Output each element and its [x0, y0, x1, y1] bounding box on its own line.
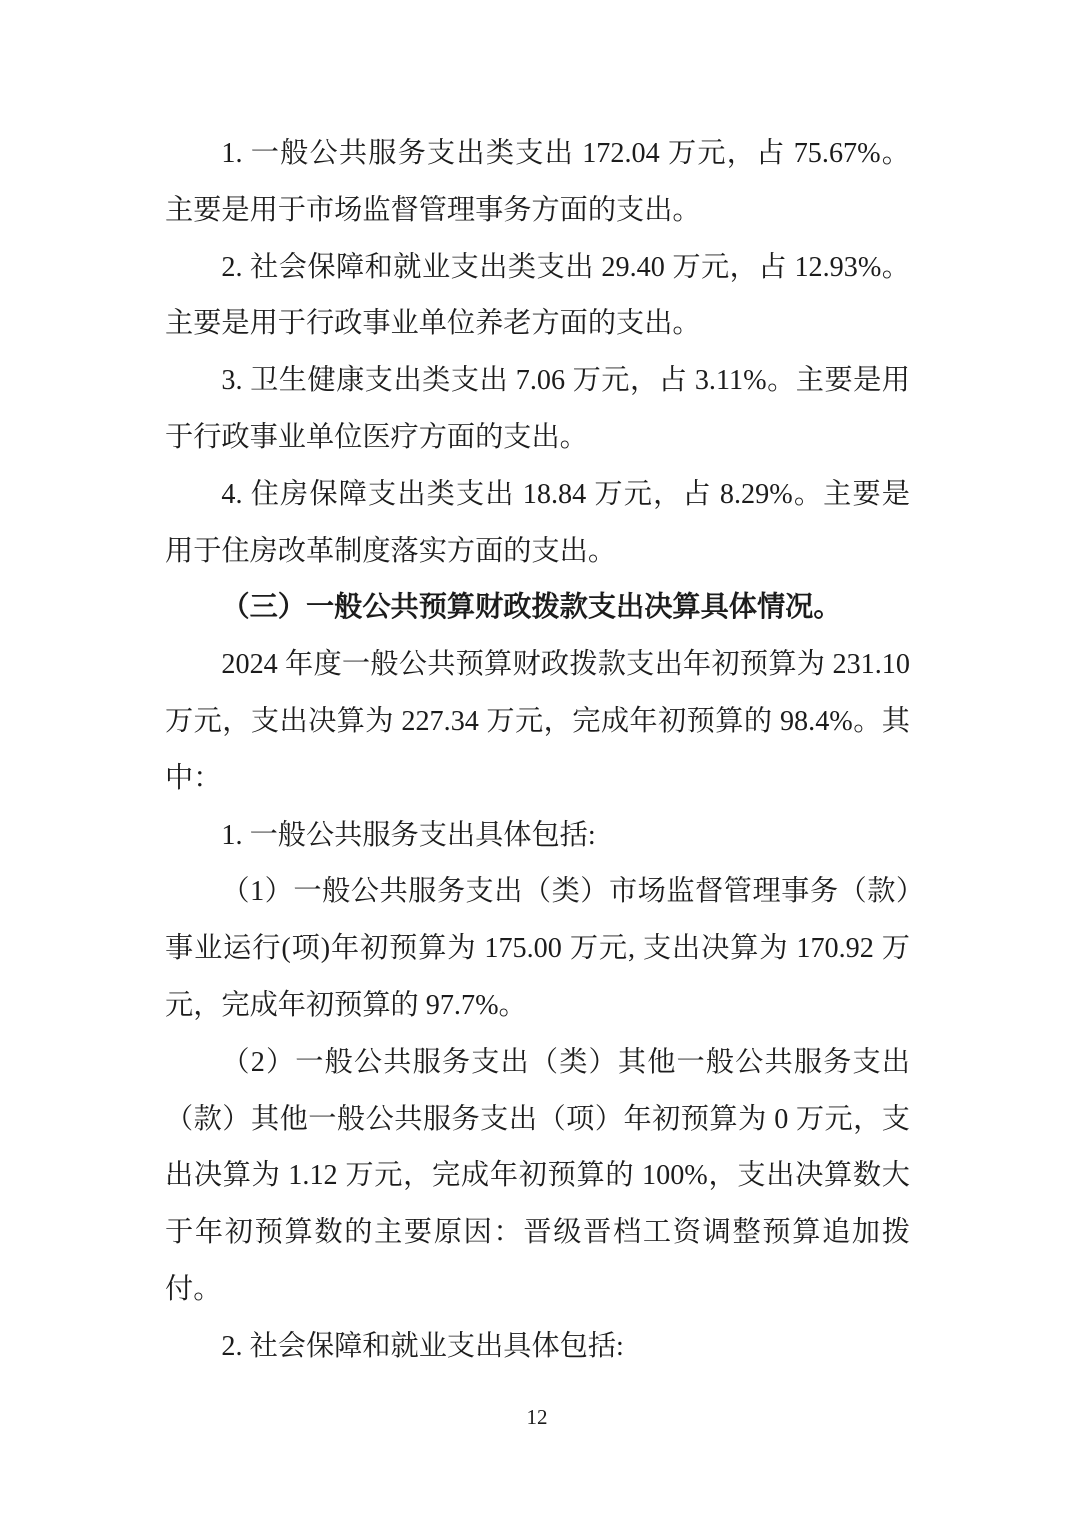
document-content: 1. 一般公共服务支出类支出 172.04 万元，占 75.67%。主要是用于市… [165, 126, 910, 1376]
paragraph-expense-category-2: 2. 社会保障和就业支出类支出 29.40 万元，占 12.93%。主要是用于行… [165, 240, 910, 354]
section-heading: （三）一般公共预算财政拨款支出决算具体情况。 [165, 580, 910, 637]
paragraph-item-1-detail-2: （2）一般公共服务支出（类）其他一般公共服务支出（款）其他一般公共服务支出（项）… [165, 1035, 910, 1319]
paragraph-budget-summary: 2024 年度一般公共预算财政拨款支出年初预算为 231.10 万元，支出决算为… [165, 637, 910, 807]
paragraph-expense-category-3: 3. 卫生健康支出类支出 7.06 万元，占 3.11%。主要是用于行政事业单位… [165, 353, 910, 467]
paragraph-item-2-intro: 2. 社会保障和就业支出具体包括: [165, 1319, 910, 1376]
paragraph-item-1-intro: 1. 一般公共服务支出具体包括: [165, 808, 910, 865]
paragraph-expense-category-4: 4. 住房保障支出类支出 18.84 万元，占 8.29%。主要是用于住房改革制… [165, 467, 910, 581]
page-number: 12 [0, 1403, 1074, 1431]
paragraph-expense-category-1: 1. 一般公共服务支出类支出 172.04 万元，占 75.67%。主要是用于市… [165, 126, 910, 240]
paragraph-item-1-detail-1: （1）一般公共服务支出（类）市场监督管理事务（款）事业运行(项)年初预算为 17… [165, 864, 910, 1034]
document-page: 1. 一般公共服务支出类支出 172.04 万元，占 75.67%。主要是用于市… [0, 0, 1074, 1520]
